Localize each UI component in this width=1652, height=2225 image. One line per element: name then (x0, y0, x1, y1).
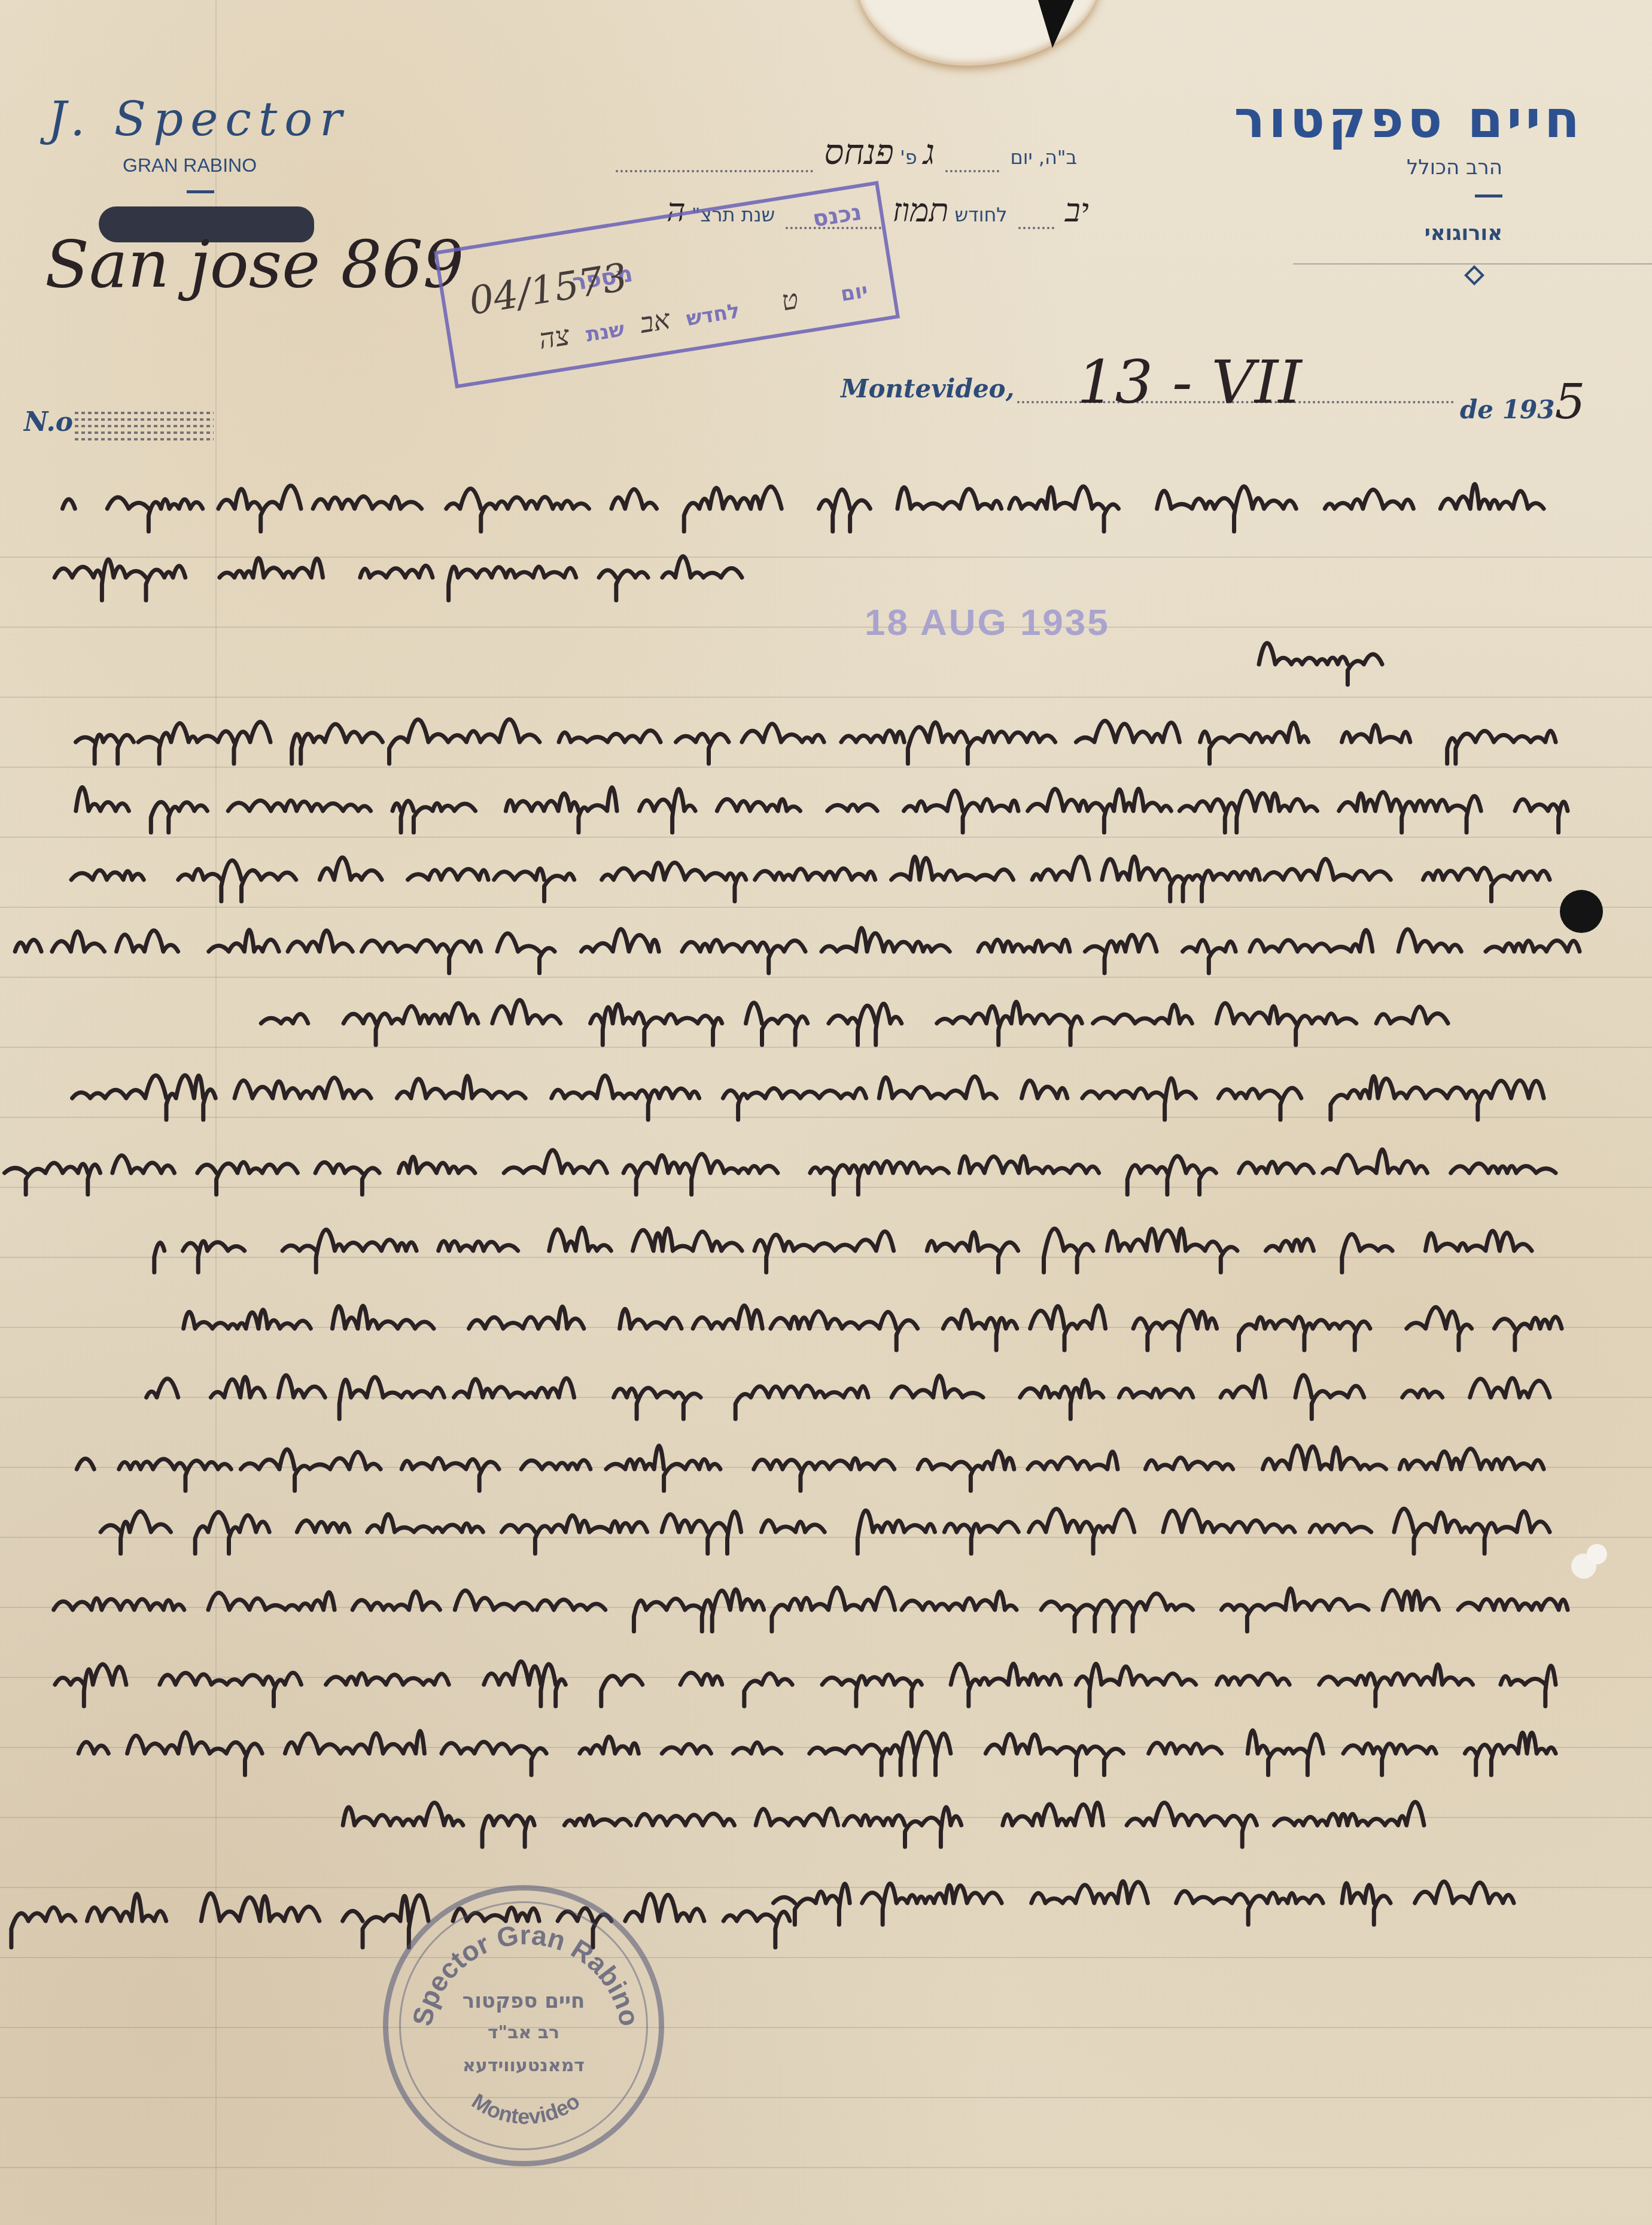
handwritten-line (76, 788, 1568, 832)
svg-text:Montevideo: Montevideo (467, 2089, 584, 2129)
handwritten-line (147, 1375, 1550, 1419)
handwritten-line (184, 1305, 1562, 1350)
handwritten-letter-body (0, 0, 1652, 2225)
seal-inner-line-3: דמאנטעווידעא (388, 2055, 659, 2076)
handwritten-line (78, 1730, 1556, 1775)
handwritten-line (76, 719, 1556, 764)
handwritten-line (101, 1509, 1550, 1554)
official-seal: Spector Gran Rabino Montevideo חיים ספקט… (383, 1885, 664, 2166)
handwritten-line (15, 928, 1580, 973)
handwritten-line (54, 556, 742, 600)
seal-inner-line-1: חיים ספקטור (388, 1989, 659, 2013)
seal-inner-line-2: רב אב"ד (388, 2022, 659, 2043)
handwritten-line (773, 1881, 1514, 1925)
handwritten-line (1259, 643, 1382, 685)
handwritten-line (77, 1445, 1544, 1491)
handwritten-line (71, 856, 1550, 901)
handwritten-line (343, 1802, 1424, 1847)
handwritten-line (154, 1227, 1532, 1272)
handwritten-line (54, 1588, 1568, 1631)
letter-sheet: J. Spector GRAN RABINO San jose 869 חיים… (0, 0, 1652, 2225)
handwritten-line (5, 1150, 1556, 1194)
handwritten-line (72, 1075, 1544, 1120)
handwritten-line (62, 484, 1544, 531)
handwritten-line (55, 1661, 1556, 1706)
handwritten-line (261, 1000, 1448, 1045)
